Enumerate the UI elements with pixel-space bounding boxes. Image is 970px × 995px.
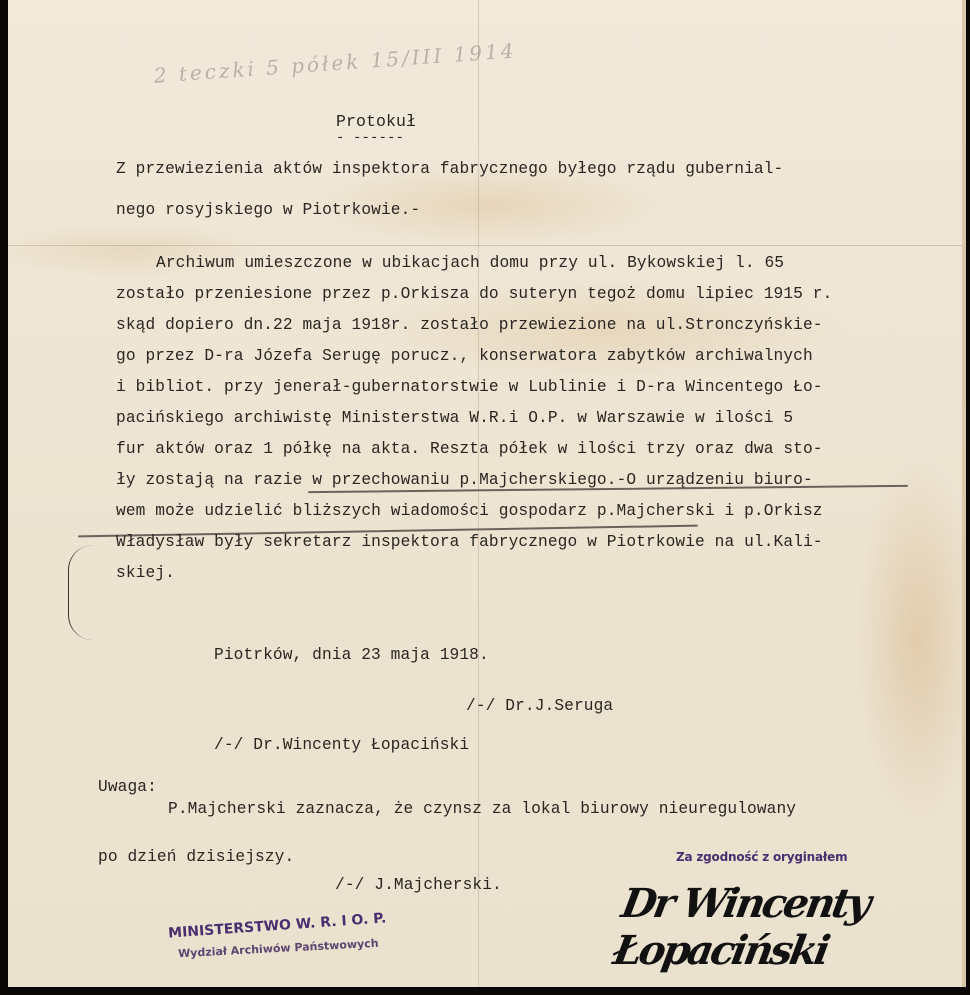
pencil-annotation: 2 teczki 5 półek 15/III 1914 <box>153 16 833 87</box>
note-line: po dzień dzisiejszy. <box>98 848 294 866</box>
body-line: go przez D-ra Józefa Serugę porucz., kon… <box>116 347 813 365</box>
body-line: i bibliot. przy jenerał-gubernatorstwie … <box>116 378 823 396</box>
body-line: skiej. <box>116 564 175 582</box>
fold-crease-horizontal <box>8 245 962 246</box>
title-underline: - ------ <box>336 130 404 146</box>
note-signatory: /-/ J.Majcherski. <box>335 876 502 894</box>
ministry-stamp: MINISTERSTWO W. R. I O. P. <box>168 910 387 941</box>
conformity-stamp: Za zgodność z oryginałem <box>676 850 847 864</box>
body-line: zostało przeniesione przez p.Orkisza do … <box>116 285 832 303</box>
document-title: Protokuł <box>336 112 416 131</box>
handwritten-signature: Dr Wincenty Łopaciński <box>610 880 970 974</box>
note-label: Uwaga: <box>98 778 157 796</box>
note-line: P.Majcherski zaznacza, że czynsz za loka… <box>168 800 796 818</box>
body-line: pacińskiego archiwistę Ministerstwa W.R.… <box>116 409 793 427</box>
intro-line: Z przewiezienia aktów inspektora fabrycz… <box>116 160 783 178</box>
intro-line: nego rosyjskiego w Piotrkowie.- <box>116 201 420 219</box>
place-date: Piotrków, dnia 23 maja 1918. <box>214 646 489 664</box>
body-line: Archiwum umieszczone w ubikacjach domu p… <box>156 254 784 272</box>
signatory-seruga: /-/ Dr.J.Seruga <box>466 697 613 715</box>
document-page: 2 teczki 5 półek 15/III 1914 Protokuł - … <box>8 0 966 987</box>
body-line: skąd dopiero dn.22 maja 1918r. zostało p… <box>116 316 823 334</box>
body-line: fur aktów oraz 1 półkę na akta. Reszta p… <box>116 440 823 458</box>
body-line: ły zostają na razie w przechowaniu p.Maj… <box>116 471 813 489</box>
signatory-lopacinski: /-/ Dr.Wincenty Łopaciński <box>214 736 469 754</box>
fold-crease-vertical <box>478 0 479 987</box>
body-line: Władysław były sekretarz inspektora fabr… <box>116 533 823 551</box>
margin-bracket <box>68 545 93 640</box>
body-line: wem może udzielić bliższych wiadomości g… <box>116 502 823 520</box>
ministry-stamp-department: Wydział Archiwów Państwowych <box>178 937 379 960</box>
